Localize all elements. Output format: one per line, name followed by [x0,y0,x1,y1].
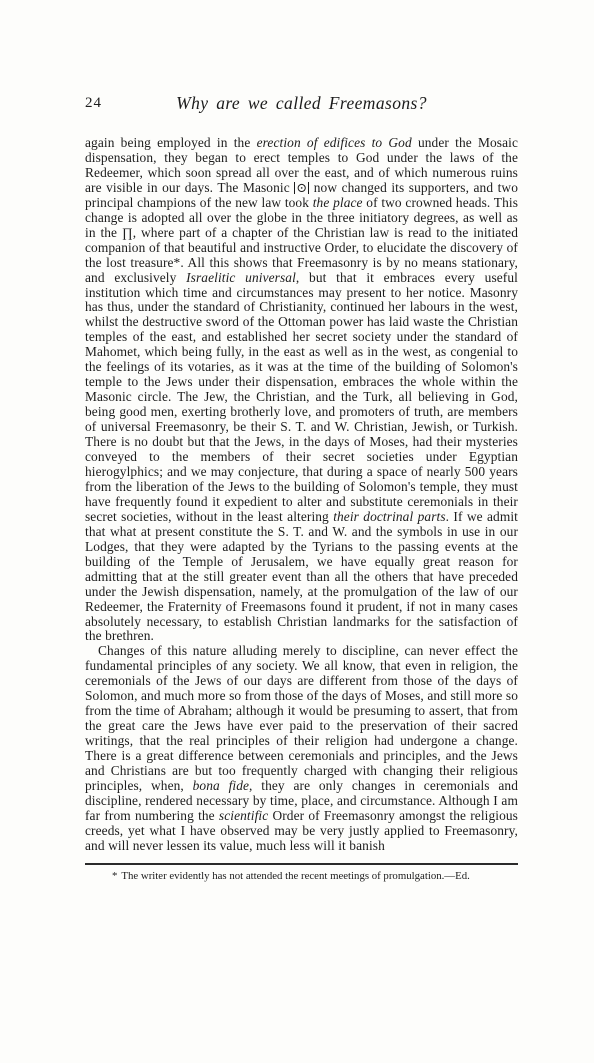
text-segment: scientific [219,808,268,823]
body-paragraph-1: again being employed in the erection of … [85,136,518,644]
body-text: again being employed in the erection of … [85,136,518,854]
running-title: Why are we called Freemasons? [85,93,518,114]
text-segment: bona fide [193,778,249,793]
text-segment: their doctrinal parts [333,509,445,524]
page-content: 24 Why are we called Freemasons? again b… [85,93,518,883]
text-segment: erection of edifices to God [257,135,412,150]
text-segment: Changes of this nature alluding merely t… [85,643,518,793]
text-segment: the place [313,195,363,210]
body-paragraph-2: Changes of this nature alluding merely t… [85,644,518,853]
page-header: 24 Why are we called Freemasons? [85,93,518,117]
text-segment: Israelitic universal [186,270,296,285]
text-segment: again being employed in the [85,135,257,150]
text-segment: . If we admit that what at present const… [85,509,518,644]
footnote-marker: * [112,870,121,882]
royal-arch-symbol: ∏ [122,225,133,240]
footnote-text: The writer evidently has not attended th… [121,870,469,882]
footnote-divider [85,863,518,865]
masonic-point-within-circle-symbol: ⊙ [294,182,309,194]
book-page: 24 Why are we called Freemasons? again b… [0,0,594,1063]
text-segment: , but that it embraces every useful inst… [85,270,518,524]
footnote: *The writer evidently has not attended t… [85,870,518,883]
